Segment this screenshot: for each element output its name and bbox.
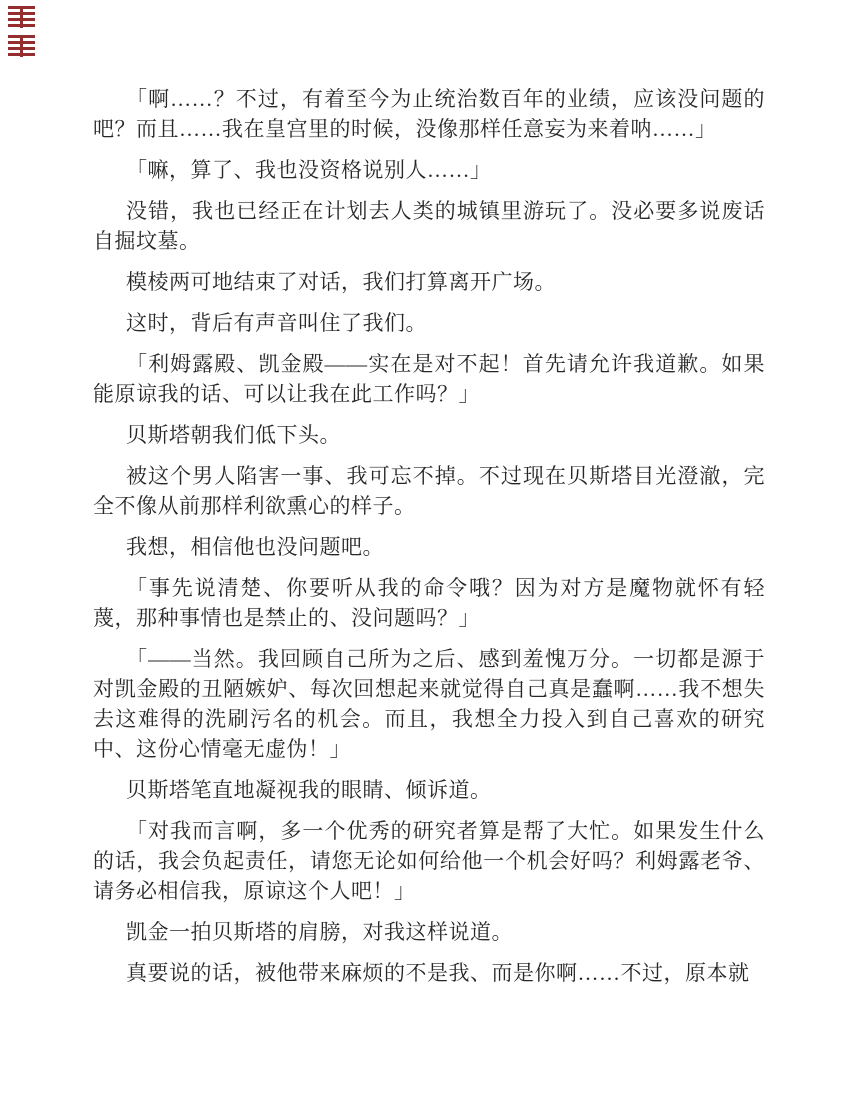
paragraph: 我想，相信他也没问题吧。: [93, 532, 765, 562]
red-stamp-icon: [8, 6, 35, 28]
paragraph: 凯金一拍贝斯塔的肩膀，对我这样说道。: [93, 917, 765, 947]
paragraph: 「——当然。我回顾自己所为之后、感到羞愧万分。一切都是源于对凯金殿的丑陋嫉妒、每…: [93, 644, 765, 764]
paragraph: 模棱两可地结束了对话，我们打算离开广场。: [93, 267, 765, 297]
paragraph: 「啊……？不过，有着至今为止统治数百年的业绩，应该没问题的吧？而且……我在皇宫里…: [93, 84, 765, 144]
paragraph: 「事先说清楚、你要听从我的命令哦？因为对方是魔物就怀有轻蔑，那种事情也是禁止的、…: [93, 573, 765, 633]
paragraph: 没错，我也已经正在计划去人类的城镇里游玩了。没必要多说废话自掘坟墓。: [93, 196, 765, 256]
paragraph: 「嘛，算了、我也没资格说别人……」: [93, 155, 765, 185]
paragraph: 真要说的话，被他带来麻烦的不是我、而是你啊……不过，原本就: [93, 958, 765, 988]
novel-text-body: 「啊……？不过，有着至今为止统治数百年的业绩，应该没问题的吧？而且……我在皇宫里…: [93, 84, 765, 999]
novel-page: 「啊……？不过，有着至今为止统治数百年的业绩，应该没问题的吧？而且……我在皇宫里…: [0, 0, 850, 1100]
paragraph: 被这个男人陷害一事、我可忘不掉。不过现在贝斯塔目光澄澈，完全不像从前那样利欲熏心…: [93, 461, 765, 521]
paragraph: 贝斯塔朝我们低下头。: [93, 420, 765, 450]
paragraph: 「利姆露殿、凯金殿——实在是对不起！首先请允许我道歉。如果能原谅我的话、可以让我…: [93, 349, 765, 409]
corner-stamp-marks: [8, 6, 35, 57]
paragraph: 贝斯塔笔直地凝视我的眼睛、倾诉道。: [93, 775, 765, 805]
red-stamp-icon: [8, 35, 35, 57]
paragraph: 「对我而言啊，多一个优秀的研究者算是帮了大忙。如果发生什么的话，我会负起责任，请…: [93, 816, 765, 906]
paragraph: 这时，背后有声音叫住了我们。: [93, 308, 765, 338]
